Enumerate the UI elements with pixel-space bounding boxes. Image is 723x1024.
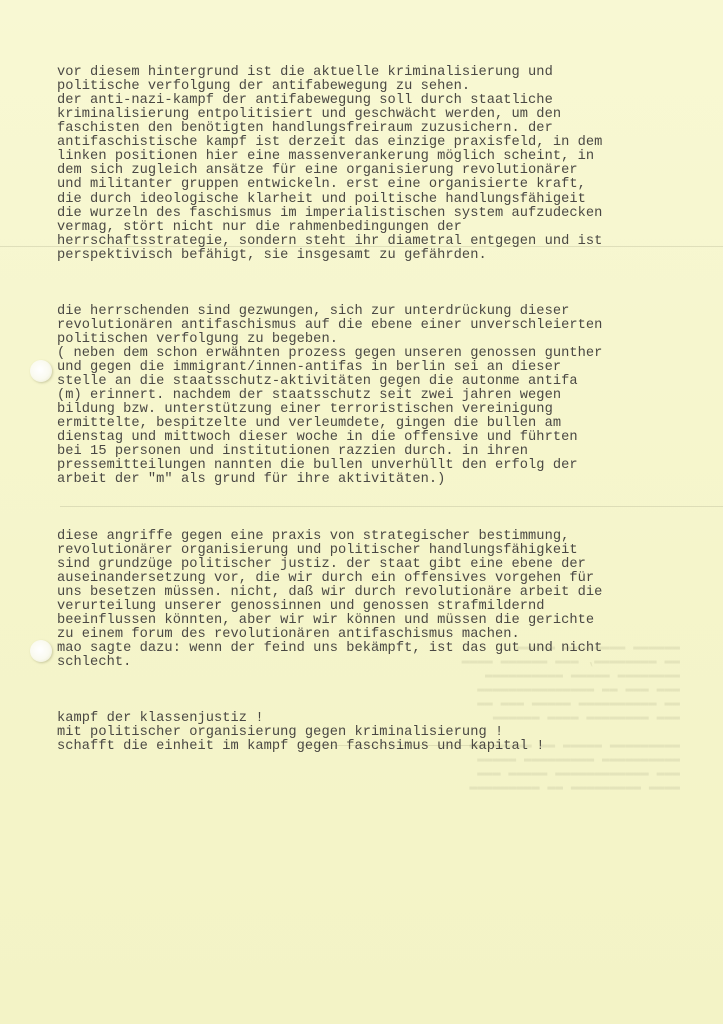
text-line: schlecht. [57,656,697,670]
text-line: perspektivisch befähigt, sie insgesamt z… [57,249,697,263]
text-line: der anti-nazi-kampf der antifabewegung s… [57,94,697,108]
text-line: mao sagte dazu: wenn der feind uns bekäm… [57,642,697,656]
paragraph-context: vor diesem hintergrund ist die aktuelle … [57,66,697,263]
text-line: faschisten den benötigten handlungsfreir… [57,122,697,136]
text-line: vor diesem hintergrund ist die aktuelle … [57,66,697,80]
text-line: herrschaftsstrategie, sondern steht ihr … [57,235,697,249]
text-line: verurteilung unserer genossinnen und gen… [57,600,697,614]
text-line: und gegen die immigrant/innen-antifas in… [57,361,697,375]
text-line: politischen verfolgung zu begeben. [57,333,697,347]
text-line: dem sich zugleich ansätze für eine organ… [57,164,697,178]
text-line: die wurzeln des faschismus im imperialis… [57,207,697,221]
text-line: revolutionären antifaschismus auf die eb… [57,319,697,333]
text-line: pressemitteilungen nannten die bullen un… [57,459,697,473]
text-line: antifaschistische kampf ist derzeit das … [57,136,697,150]
punch-hole-icon [30,640,52,662]
text-line: auseinandersetzung vor, die wir durch ei… [57,572,697,586]
text-line: sind grundzüge politischer justiz. der s… [57,558,697,572]
text-line: (m) erinnert. nachdem der staatsschutz s… [57,389,697,403]
text-line: beeinflussen könnten, aber wir wir könne… [57,614,697,628]
punch-hole-icon [30,360,52,382]
text-line: uns besetzen müssen. nicht, daß wir durc… [57,586,697,600]
text-line: kriminalisierung entpolitisiert und gesc… [57,108,697,122]
text-line: revolutionärer organisierung und politis… [57,544,697,558]
text-line: vermag, stört nicht nur die rahmenbeding… [57,221,697,235]
text-line: schafft die einheit im kampf gegen fasch… [57,740,697,754]
document-body: vor diesem hintergrund ist die aktuelle … [57,38,697,782]
text-line: die herrschenden sind gezwungen, sich zu… [57,305,697,319]
text-line: ( neben dem schon erwähnten prozess gege… [57,347,697,361]
text-line: bildung bzw. unterstützung einer terrori… [57,403,697,417]
text-line: die durch ideologische klarheit und poil… [57,193,697,207]
text-line: mit politischer organisierung gegen krim… [57,726,697,740]
text-line: arbeit der "m" als grund für ihre aktivi… [57,473,697,487]
paper-sheet: ▬▬▬▬▬▬ ▬▬▬▬▬▬▬▬ ▬▬▬▬▬ ▬▬ ▬▬▬▬▬▬▬▬, ▬▬▬ ▬… [0,0,723,1024]
text-line: kampf der klassenjustiz ! [57,712,697,726]
text-line: zu einem forum des revolutionären antifa… [57,628,697,642]
paragraph-repression: die herrschenden sind gezwungen, sich zu… [57,305,697,488]
text-line: ermittelte, bespitzelte und verleumdete,… [57,417,697,431]
text-line: politische verfolgung der antifabewegung… [57,80,697,94]
paragraph-slogans: kampf der klassenjustiz !mit politischer… [57,712,697,754]
text-line: und militanter gruppen entwickeln. erst … [57,178,697,192]
text-line: linken positionen hier eine massenverank… [57,150,697,164]
text-line: stelle an die staatsschutz-aktivitäten g… [57,375,697,389]
text-line: dienstag und mittwoch dieser woche in di… [57,431,697,445]
text-line: bei 15 personen und institutionen razzie… [57,445,697,459]
text-line: diese angriffe gegen eine praxis von str… [57,530,697,544]
paragraph-political-justice: diese angriffe gegen eine praxis von str… [57,530,697,670]
